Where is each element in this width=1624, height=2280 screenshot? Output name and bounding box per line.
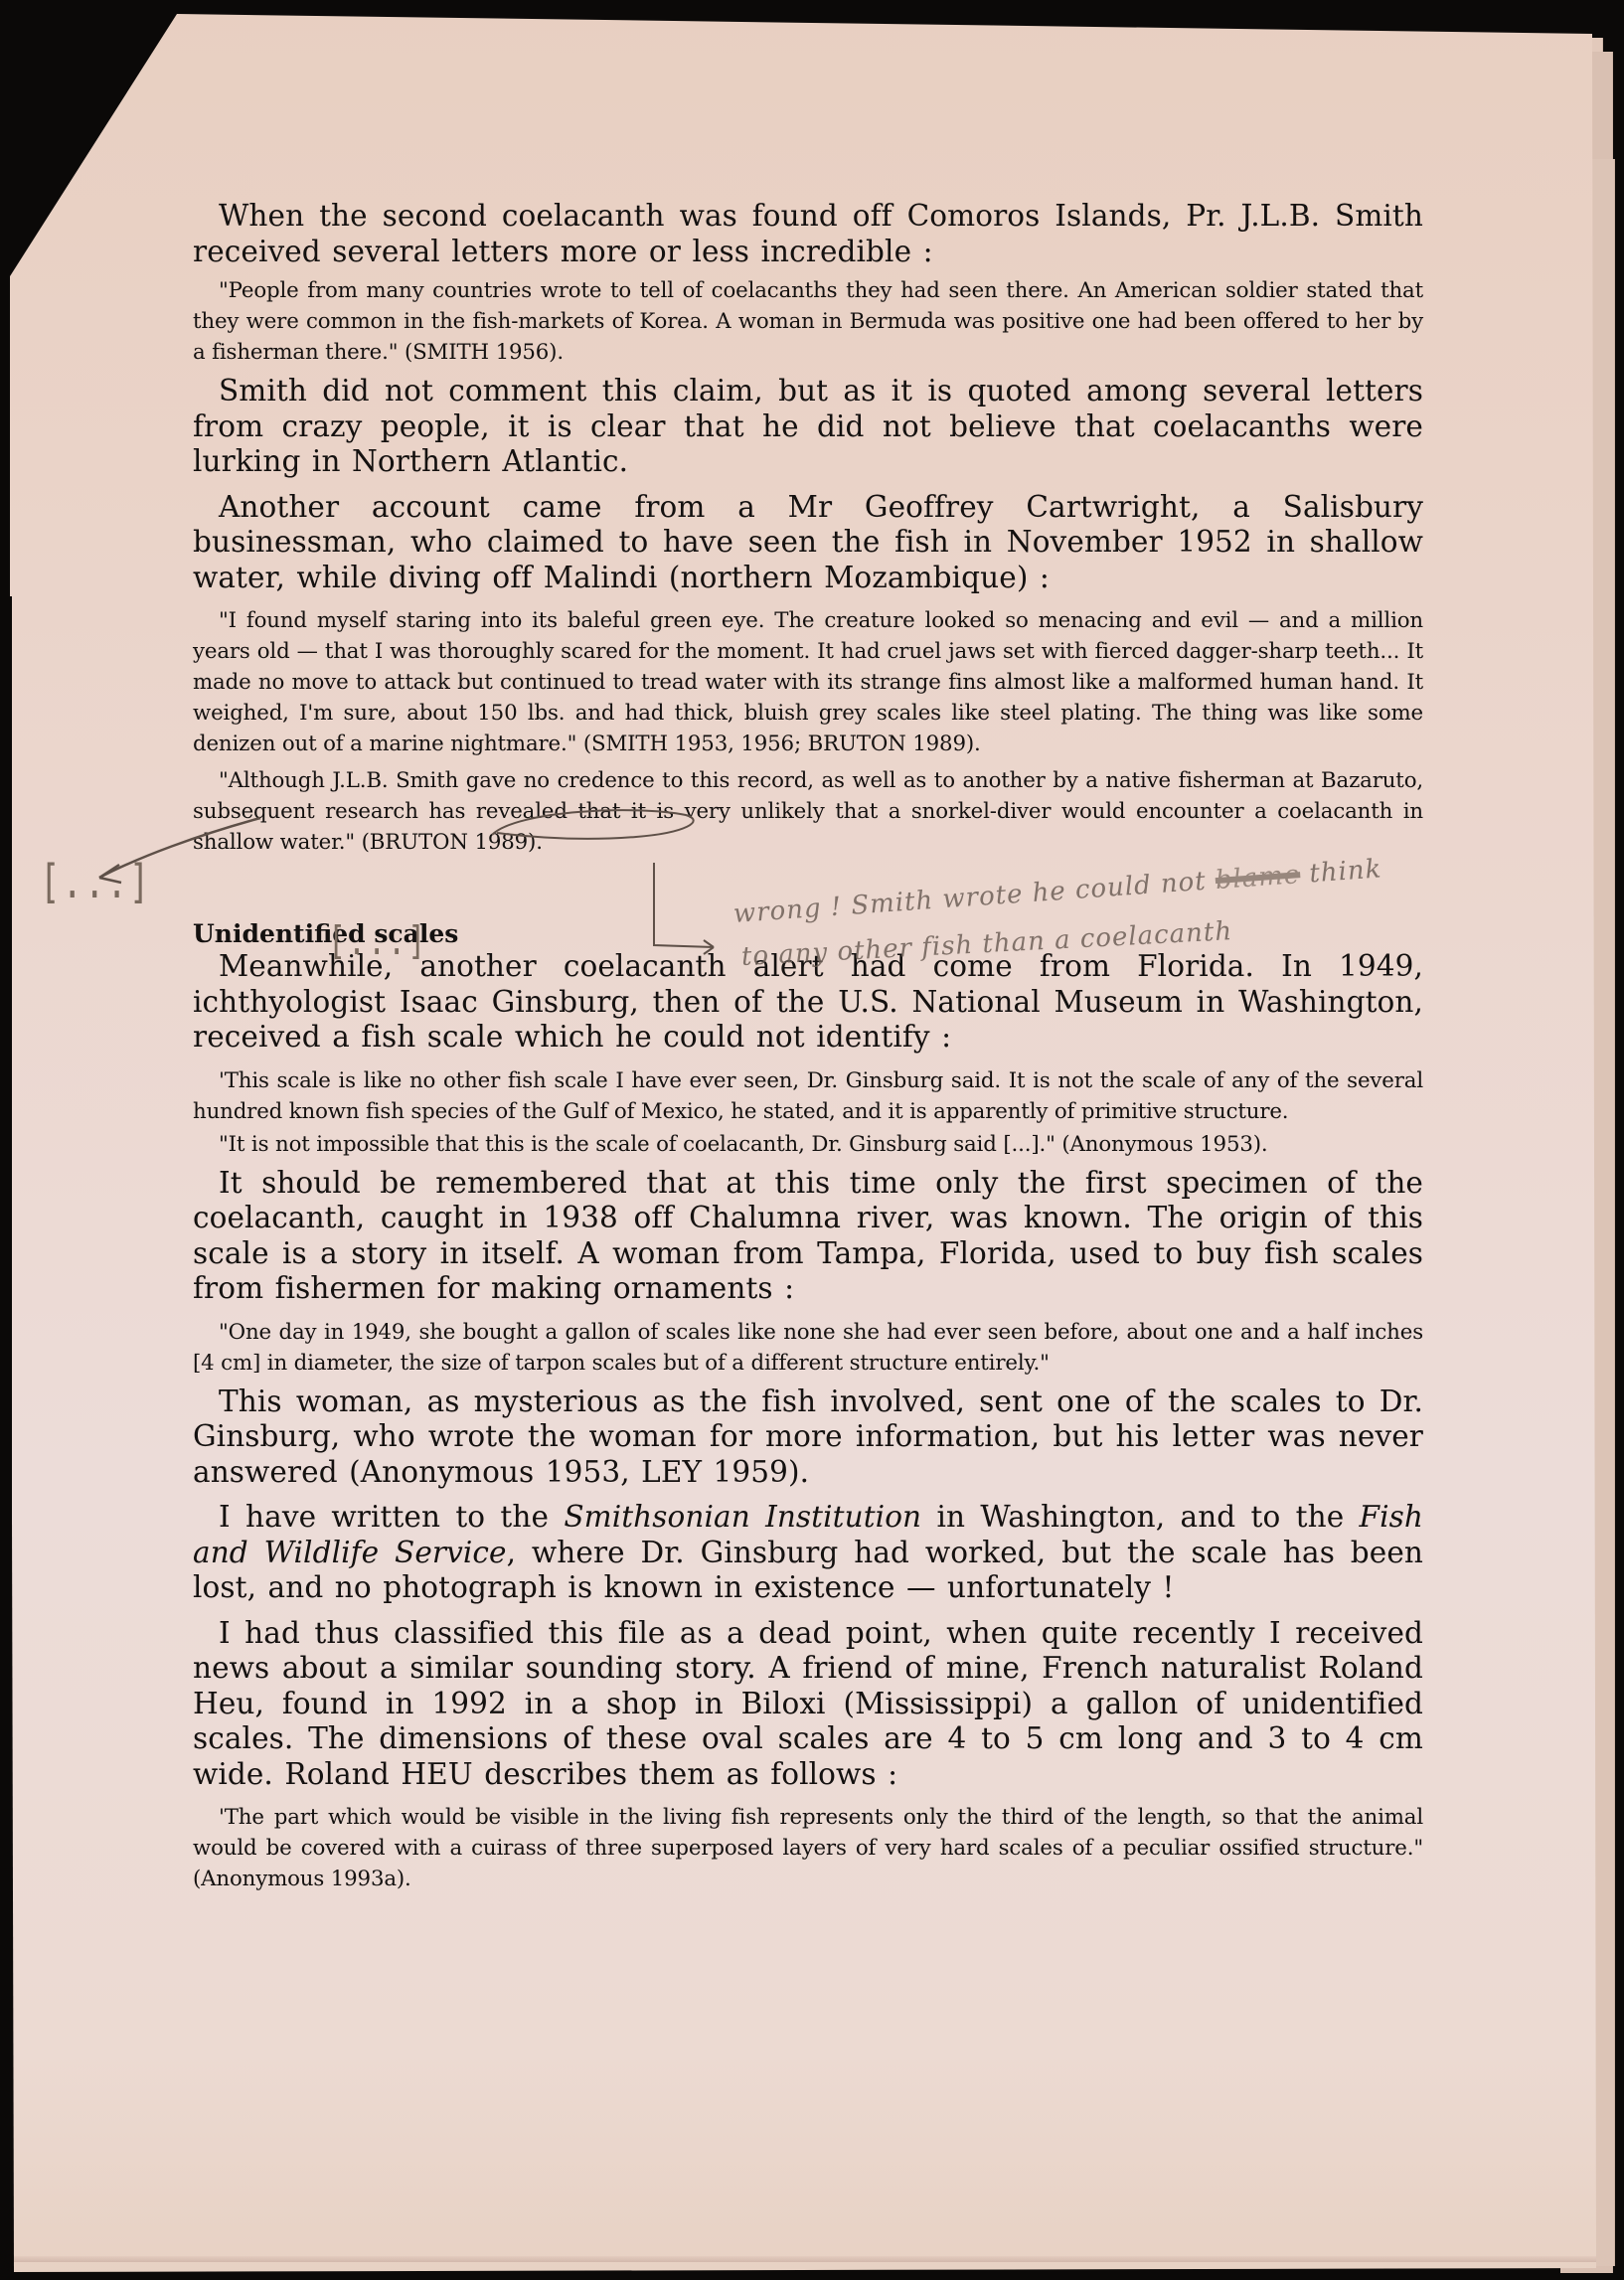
paragraph: It should be remembered that at this tim… [193,1166,1423,1307]
paragraph: Smith did not comment this claim, but as… [193,374,1423,480]
block-quote: "I found myself staring into its baleful… [193,605,1423,759]
text-run: in Washington, and to the [921,1500,1359,1534]
block-quote: 'This scale is like no other fish scale … [193,1065,1423,1127]
block-quote: "It is not impossible that this is the s… [193,1129,1423,1160]
page-left-shadow [0,596,12,2280]
paragraph-with-italics: I have written to the Smithsonian Instit… [193,1500,1423,1606]
block-quote: 'The part which would be visible in the … [193,1802,1423,1894]
block-quote: "People from many countries wrote to tel… [193,275,1423,368]
inline-ellipsis-mark: [...] [328,919,427,965]
paragraph: I had thus classified this file as a dea… [193,1616,1423,1793]
page-bottom-edge [14,2256,1596,2262]
margin-ellipsis-mark: [...] [40,856,151,909]
block-quote-bruton: "Although J.L.B. Smith gave no credence … [193,765,1423,858]
document-body: When the second coelacanth was found off… [193,199,1423,1900]
struck-word: blame [1215,860,1301,896]
paragraph: When the second coelacanth was found off… [193,199,1423,269]
paragraph: Another account came from a Mr Geoffrey … [193,490,1423,596]
text-run: I have written to the [219,1500,564,1534]
italic-institution: Smithsonian Institution [564,1500,921,1534]
block-quote: "One day in 1949, she bought a gallon of… [193,1317,1423,1379]
note-text: think [1299,854,1382,890]
paragraph: This woman, as mysterious as the fish in… [193,1384,1423,1491]
